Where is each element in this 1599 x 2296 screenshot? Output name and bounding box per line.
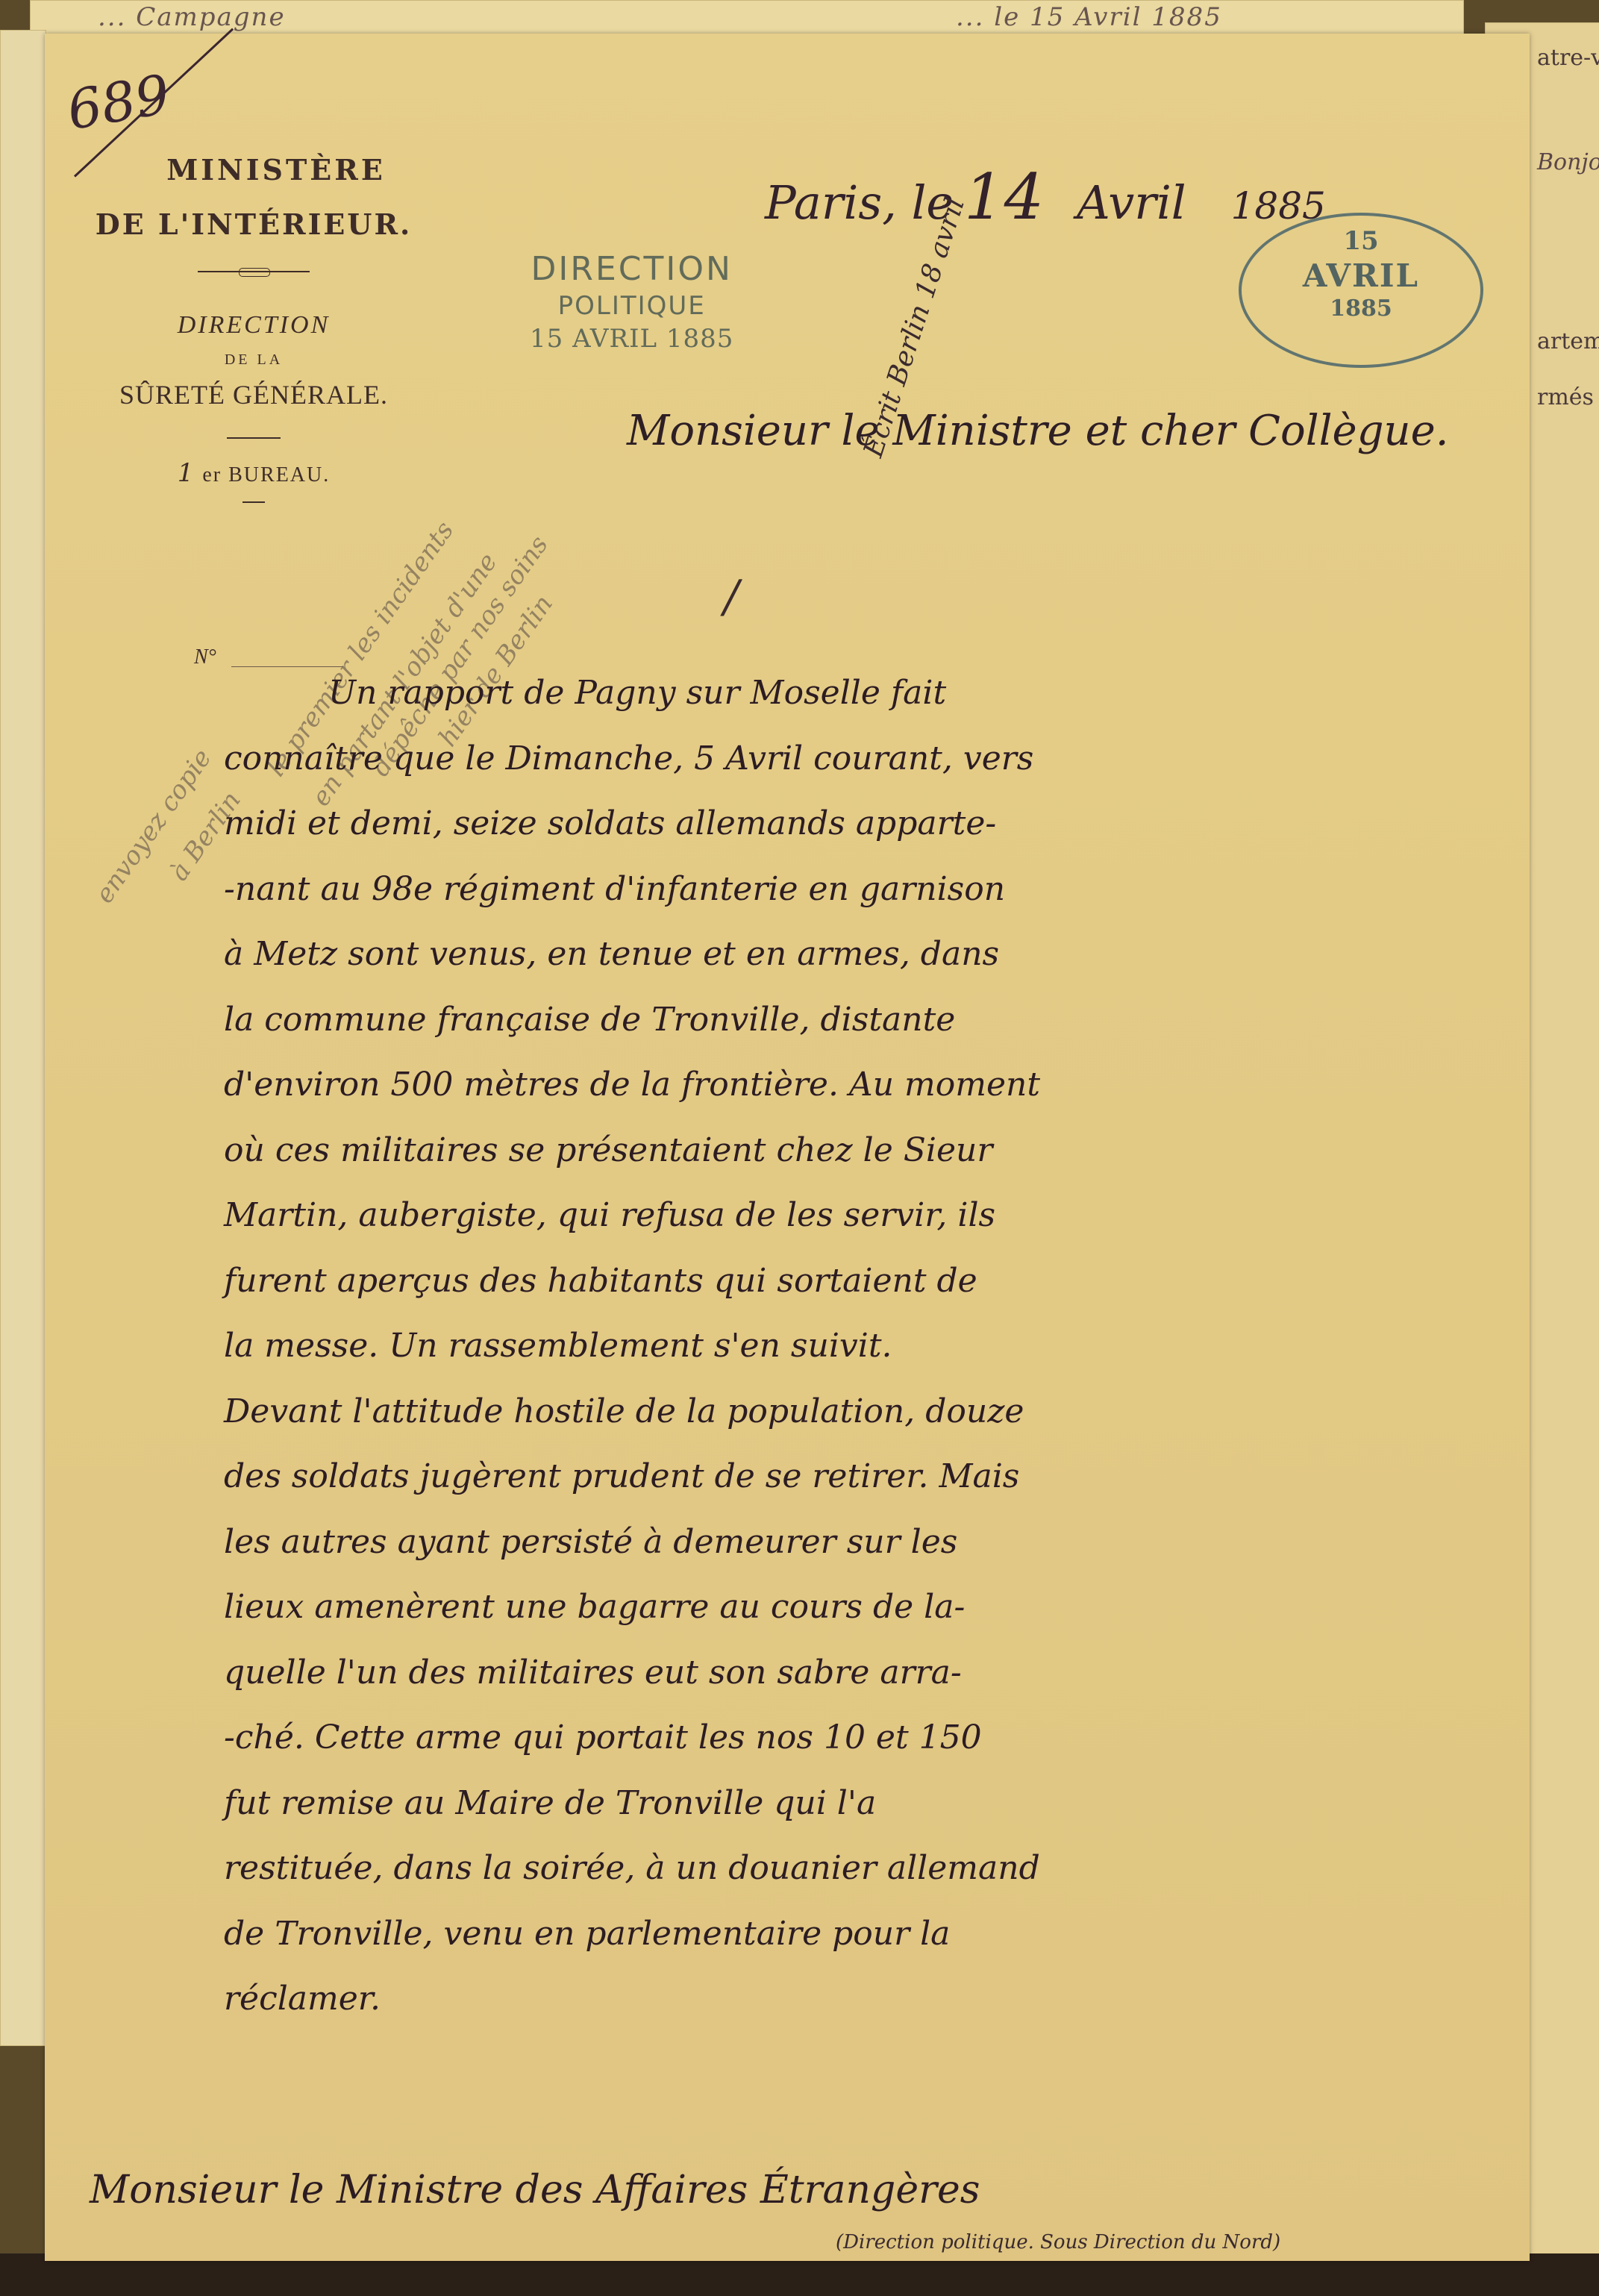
stamp-oval-year: 1885 bbox=[1242, 295, 1480, 322]
stamp-date: 15 AVRIL 1885 bbox=[530, 324, 733, 354]
letterhead-de-la: DE LA bbox=[90, 351, 418, 369]
date-day: 14 bbox=[964, 160, 1044, 234]
body-line: à Metz sont venus, en tenue et en armes,… bbox=[224, 922, 1298, 987]
ornament-divider bbox=[198, 271, 310, 272]
body-line: Martin, aubergiste, qui refusa de les se… bbox=[224, 1183, 1298, 1248]
body-line: la messe. Un rassemblement s'en suivit. bbox=[224, 1313, 1298, 1379]
body-line: midi et demi, seize soldats allemands ap… bbox=[224, 791, 1298, 857]
stamp-oval-day: 15 bbox=[1242, 226, 1480, 256]
body-line: quelle l'un des militaires eut son sabre… bbox=[224, 1640, 1298, 1706]
body-line: Devant l'attitude hostile de la populati… bbox=[224, 1379, 1298, 1445]
salutation: Monsieur le Ministre et cher Collègue. bbox=[627, 407, 1449, 455]
right-edge-fragment: Bonjo bbox=[1537, 149, 1599, 175]
folio-number: 689 bbox=[63, 63, 175, 143]
bureau-label: er BUREAU. bbox=[202, 463, 330, 487]
date-place: Paris, le bbox=[765, 175, 954, 230]
marginal-ink-slash: / bbox=[724, 571, 739, 623]
body-line: connaître que le Dimanche, 5 Avril coura… bbox=[224, 726, 1298, 792]
addressee: Monsieur le Ministre des Affaires Étrang… bbox=[90, 2168, 980, 2212]
body-line: lieux amenèrent une bagarre au cours de … bbox=[224, 1574, 1298, 1640]
right-edge-fragment: artem bbox=[1537, 328, 1599, 354]
right-edge-fragment: rmés bbox=[1537, 384, 1594, 410]
stamp-direction-politique: DIRECTION POLITIQUE 15 AVRIL 1885 bbox=[530, 250, 733, 354]
letterhead-surete-generale: SÛRETÉ GÉNÉRALE. bbox=[90, 379, 418, 410]
body-line: -ché. Cette arme qui portait les nos 10 … bbox=[224, 1705, 1298, 1771]
rule-divider-short bbox=[242, 501, 265, 503]
body-line: fut remise au Maire de Tronville qui l'a bbox=[224, 1771, 1298, 1836]
date-month: Avril bbox=[1077, 175, 1186, 230]
rule-divider bbox=[227, 437, 281, 439]
number-label: N° bbox=[194, 645, 216, 669]
right-edge-fragment: atre-vi bbox=[1537, 45, 1599, 71]
letterhead-interior: DE L'INTÉRIEUR. bbox=[90, 207, 418, 241]
body-line: la commune française de Tronville, dista… bbox=[224, 987, 1298, 1053]
body-line: furent aperçus des habitants qui sortaie… bbox=[224, 1248, 1298, 1314]
body-line: des soldats jugèrent prudent de se retir… bbox=[224, 1444, 1298, 1510]
date-line: Paris, le14Avril1885 bbox=[765, 160, 1326, 234]
body-line: de Tronville, venu en parlementaire pour… bbox=[224, 1901, 1298, 1967]
stamp-oval-received: 15 AVRIL 1885 bbox=[1239, 213, 1483, 368]
body-line: les autres ayant persisté à demeurer sur… bbox=[224, 1510, 1298, 1575]
letterhead: MINISTÈRE DE L'INTÉRIEUR. DIRECTION DE L… bbox=[90, 153, 418, 503]
background-sheet-left bbox=[0, 30, 46, 2046]
background-sheet-text-right: ... le 15 Avril 1885 bbox=[956, 2, 1222, 32]
body-line: restituée, dans la soirée, à un douanier… bbox=[224, 1836, 1298, 1901]
body-line: réclamer. bbox=[224, 1966, 1298, 2032]
bureau-number: 1 bbox=[178, 458, 195, 488]
body-line: d'environ 500 mètres de la frontière. Au… bbox=[224, 1052, 1298, 1118]
body-line: Un rapport de Pagny sur Moselle fait bbox=[224, 660, 1298, 726]
letter-body: Un rapport de Pagny sur Moselle fait con… bbox=[224, 660, 1298, 2032]
letterhead-bureau: 1er BUREAU. bbox=[90, 458, 418, 488]
letter-sheet: 689 MINISTÈRE DE L'INTÉRIEUR. DIRECTION … bbox=[45, 34, 1530, 2261]
background-sheet-text-left: ... Campagne bbox=[98, 2, 286, 32]
body-line: où ces militaires se présentaient chez l… bbox=[224, 1118, 1298, 1183]
addressee-department: (Direction politique. Sous Direction du … bbox=[836, 2231, 1280, 2253]
body-line: -nant au 98e régiment d'infanterie en ga… bbox=[224, 857, 1298, 922]
stamp-oval-month: AVRIL bbox=[1242, 257, 1480, 294]
letterhead-ministry: MINISTÈRE bbox=[134, 153, 418, 187]
stamp-line: DIRECTION bbox=[530, 250, 733, 288]
letterhead-direction: DIRECTION bbox=[90, 311, 418, 340]
stamp-line: POLITIQUE bbox=[530, 291, 733, 321]
